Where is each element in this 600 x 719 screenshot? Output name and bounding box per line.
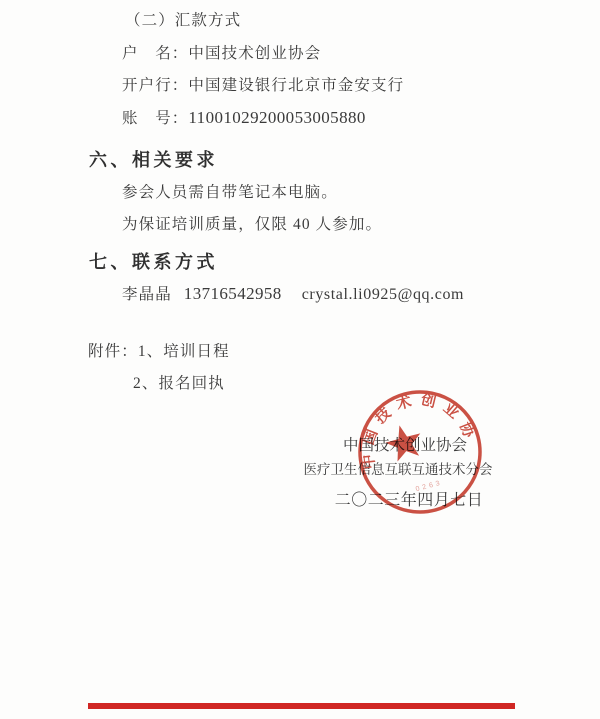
attachments-row: 附件：1、培训日程 [88,343,230,362]
account-name-label: 户 名： [122,45,188,62]
account-name-row: 户 名：中国技术创业协会 [122,45,321,64]
bank-value: 中国建设银行北京市金安支行 [188,77,404,94]
account-number-value: 11001029200053005880 [188,108,365,127]
contact-email: crystal.li0925@qq.com [302,286,464,303]
contact-line: 李晶晶 13716542958 crystal.li0925@qq.com [122,284,464,305]
bank-label: 开户行： [122,77,188,94]
remittance-subheading: （二）汇款方式 [125,12,241,31]
contact-phone: 13716542958 [184,284,282,303]
attachments-label: 附件： [88,343,138,360]
contact-name: 李晶晶 [122,286,172,303]
seal-arc-text: 中国技术创业协会 [334,366,480,479]
attachment-item-1: 1、培训日程 [138,343,230,360]
document-page: （二）汇款方式 户 名：中国技术创业协会 开户行：中国建设银行北京市金安支行 账… [0,0,600,719]
requirement-item-2: 为保证培训质量，仅限 40 人参加。 [122,216,382,235]
account-number-row: 账 号：11001029200053005880 [122,108,366,129]
section6-heading: 六、相关要求 [89,146,218,172]
requirement-item-1: 参会人员需自带笔记本电脑。 [122,184,338,203]
account-name-value: 中国技术创业协会 [188,45,321,62]
attachment-item-2: 2、报名回执 [133,375,225,394]
footer-rule [88,703,515,709]
official-seal: 中国技术创业协会 0263 [334,366,505,537]
account-number-label: 账 号： [122,110,188,127]
section7-heading: 七、联系方式 [89,248,218,274]
bank-row: 开户行：中国建设银行北京市金安支行 [122,77,404,96]
seal-code: 0263 [415,479,443,493]
seal-star-icon [382,421,426,464]
